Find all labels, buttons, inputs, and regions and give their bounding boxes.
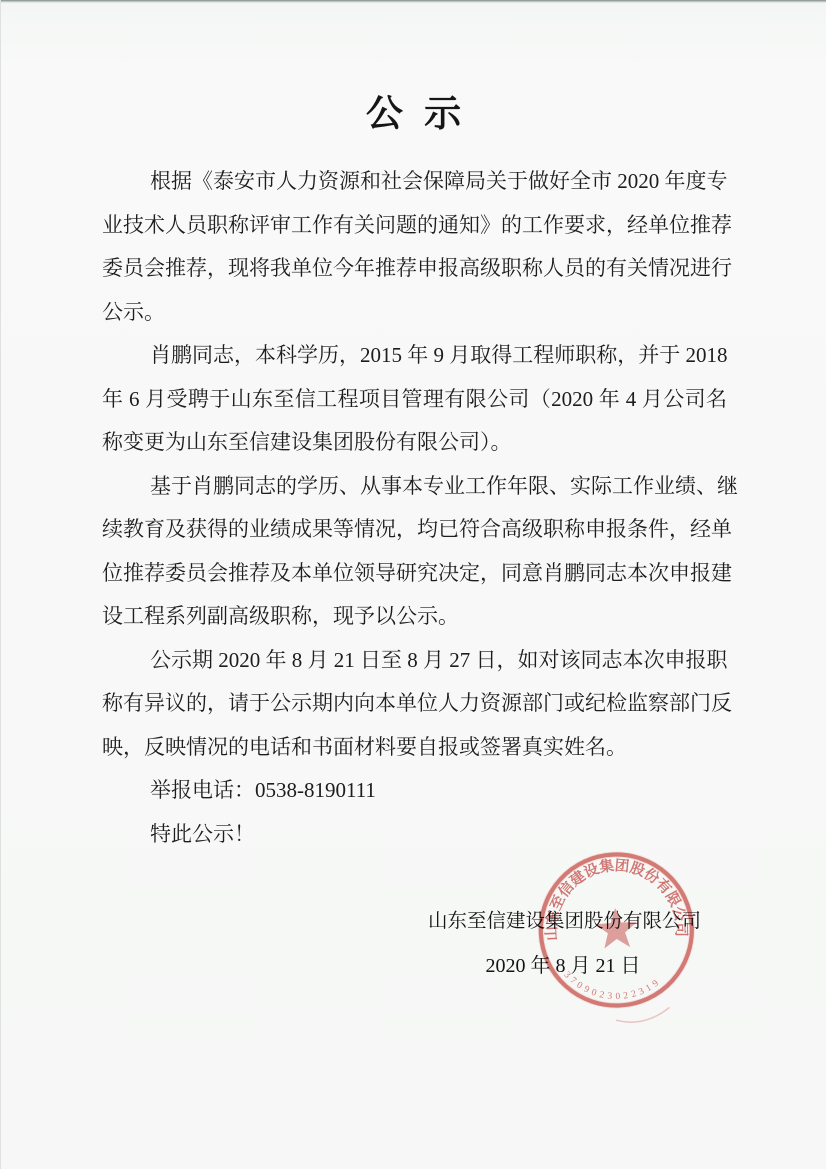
company-seal-stamp: 山东至信建设集团股份有限公司 3709023022319: [527, 844, 707, 1043]
text-line: 根据《泰安市人力资源和社会保障局关于做好全市 2020 年度专: [102, 160, 727, 204]
seal-ink-smear: [616, 1007, 671, 1023]
text-line: 称有异议的，请于公示期内向本单位人力资源部门或纪检监察部门反: [102, 682, 727, 726]
paragraph: 肖鹏同志，本科学历，2015 年 9 月取得工程师职称，并于 2018年 6 月…: [102, 334, 727, 465]
text-line: 业技术人员职称评审工作有关问题的通知》的工作要求，经单位推荐: [102, 204, 727, 248]
text-line: 映，反映情况的电话和书面材料要自报或签署真实姓名。: [102, 726, 727, 770]
paragraph: 公示期 2020 年 8 月 21 日至 8 月 27 日，如对该同志本次申报职…: [102, 639, 727, 770]
text-line: 设工程系列副高级职称，现予以公示。: [102, 595, 727, 639]
text-line: 称变更为山东至信建设集团股份有限公司）。: [102, 421, 727, 465]
paragraph: 举报电话：0538-8190111: [102, 769, 727, 813]
paragraph: 根据《泰安市人力资源和社会保障局关于做好全市 2020 年度专业技术人员职称评审…: [102, 160, 727, 334]
text-line: 基于肖鹏同志的学历、从事本专业工作年限、实际工作业绩、继: [102, 465, 727, 509]
text-line: 续教育及获得的业绩成果等情况，均已符合高级职称申报条件，经单: [102, 508, 727, 552]
scan-edge-top: [0, 0, 826, 3]
document-content: 公 示 根据《泰安市人力资源和社会保障局关于做好全市 2020 年度专业技术人员…: [0, 0, 826, 856]
text-line: 公示期 2020 年 8 月 21 日至 8 月 27 日，如对该同志本次申报职: [102, 639, 727, 683]
text-line: 委员会推荐，现将我单位今年推荐申报高级职称人员的有关情况进行: [102, 247, 727, 291]
document-body: 根据《泰安市人力资源和社会保障局关于做好全市 2020 年度专业技术人员职称评审…: [102, 160, 727, 856]
text-line: 位推荐委员会推荐及本单位领导研究决定，同意肖鹏同志本次申报建: [102, 552, 727, 596]
text-line: 肖鹏同志，本科学历，2015 年 9 月取得工程师职称，并于 2018: [102, 334, 727, 378]
paragraph: 基于肖鹏同志的学历、从事本专业工作年限、实际工作业绩、继续教育及获得的业绩成果等…: [102, 465, 727, 639]
text-line: 年 6 月受聘于山东至信工程项目管理有限公司（2020 年 4 月公司名: [102, 378, 727, 422]
text-line: 公示。: [102, 291, 727, 335]
scan-edge-left: [0, 0, 1, 1169]
scanned-notice-page: 公 示 根据《泰安市人力资源和社会保障局关于做好全市 2020 年度专业技术人员…: [0, 0, 826, 1169]
seal-star-icon: [594, 907, 638, 949]
text-line: 举报电话：0538-8190111: [102, 769, 727, 813]
page-title: 公 示: [102, 0, 727, 136]
